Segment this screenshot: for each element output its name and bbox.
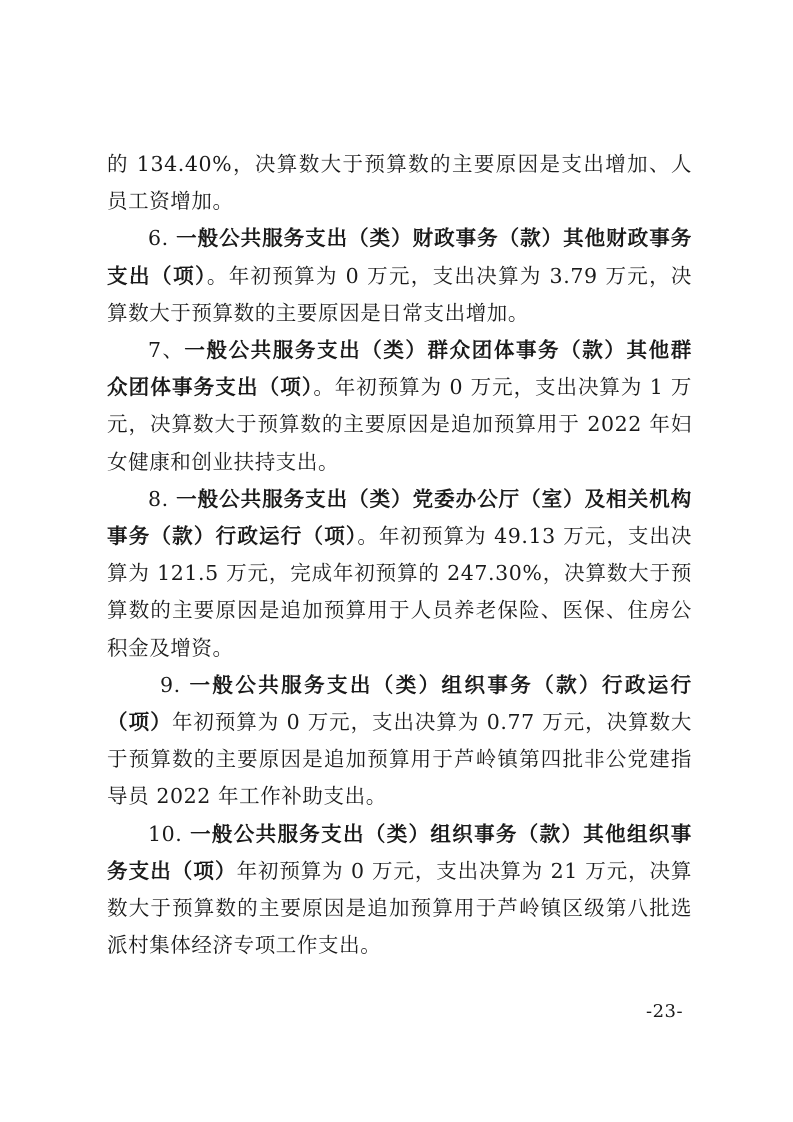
- paragraph-text: 的 134.40%，决算数大于预算数的主要原因是支出增加、人员工资增加。: [107, 152, 692, 213]
- item-number: 10.: [148, 822, 182, 846]
- page-number: -23-: [646, 1001, 683, 1022]
- paragraph-item-10: 10. 一般公共服务支出（类）组织事务（款）其他组织事务支出（项）年初预算为 0…: [107, 816, 692, 965]
- paragraph-item-8: 8. 一般公共服务支出（类）党委办公厅（室）及相关机构事务（款）行政运行（项）。…: [107, 481, 692, 667]
- paragraph-item-7: 7、一般公共服务支出（类）群众团体事务（款）其他群众团体事务支出（项）。年初预算…: [107, 332, 692, 481]
- paragraph-item-9: 9. 一般公共服务支出（类）组织事务（款）行政运行（项）年初预算为 0 万元，支…: [107, 667, 692, 816]
- document-page: 的 134.40%，决算数大于预算数的主要原因是支出增加、人员工资增加。 6. …: [0, 0, 793, 1122]
- document-body: 的 134.40%，决算数大于预算数的主要原因是支出增加、人员工资增加。 6. …: [107, 146, 692, 964]
- item-number: 9.: [160, 673, 181, 697]
- item-number: 7、: [148, 338, 184, 362]
- paragraph-continued: 的 134.40%，决算数大于预算数的主要原因是支出增加、人员工资增加。: [107, 146, 692, 220]
- item-number: 6.: [148, 226, 169, 250]
- paragraph-text: 年初预算为 0 万元，支出决算为 0.77 万元，决算数大于预算数的主要原因是追…: [107, 710, 692, 808]
- paragraph-item-6: 6. 一般公共服务支出（类）财政事务（款）其他财政事务支出（项）。年初预算为 0…: [107, 220, 692, 332]
- item-number: 8.: [148, 487, 169, 511]
